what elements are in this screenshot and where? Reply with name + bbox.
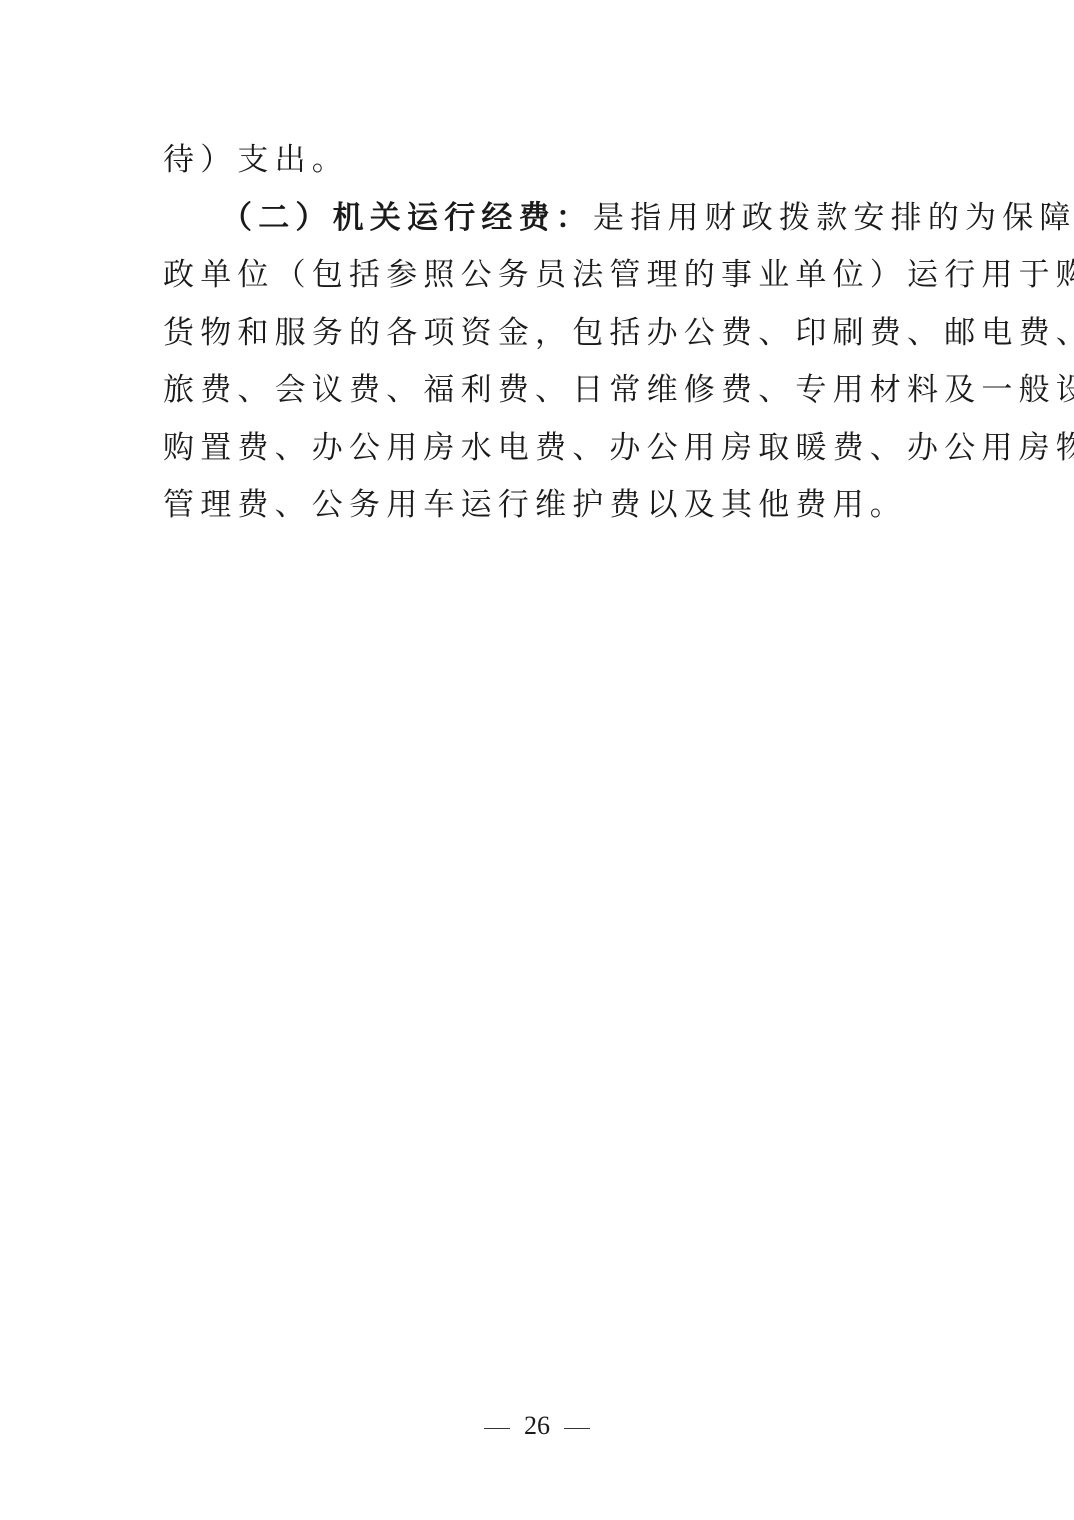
body-text: 待）支出。 （二）机关运行经费：是指用财政拨款安排的为保障行 政单位（包括参照公… — [163, 132, 915, 535]
dash-left — [484, 1428, 510, 1429]
section-heading: （二）机关运行经费： — [221, 200, 593, 236]
paragraph-line: （二）机关运行经费：是指用财政拨款安排的为保障行 — [163, 190, 915, 248]
page-footer: 26 — [0, 1408, 1074, 1444]
document-page: 待）支出。 （二）机关运行经费：是指用财政拨款安排的为保障行 政单位（包括参照公… — [0, 0, 1074, 1520]
page-number: 26 — [524, 1411, 550, 1440]
section-text: 是指用财政拨款安排的为保障行 — [593, 200, 1074, 236]
paragraph-line: 政单位（包括参照公务员法管理的事业单位）运行用于购买 — [163, 247, 915, 305]
paragraph-line: 管理费、公务用车运行维护费以及其他费用。 — [163, 477, 915, 535]
paragraph-line: 货物和服务的各项资金，包括办公费、印刷费、邮电费、差 — [163, 305, 915, 363]
paragraph-line: 购置费、办公用房水电费、办公用房取暖费、办公用房物业 — [163, 420, 915, 478]
dash-right — [564, 1428, 590, 1429]
paragraph-line: 待）支出。 — [163, 132, 915, 190]
paragraph-line: 旅费、会议费、福利费、日常维修费、专用材料及一般设备 — [163, 362, 915, 420]
